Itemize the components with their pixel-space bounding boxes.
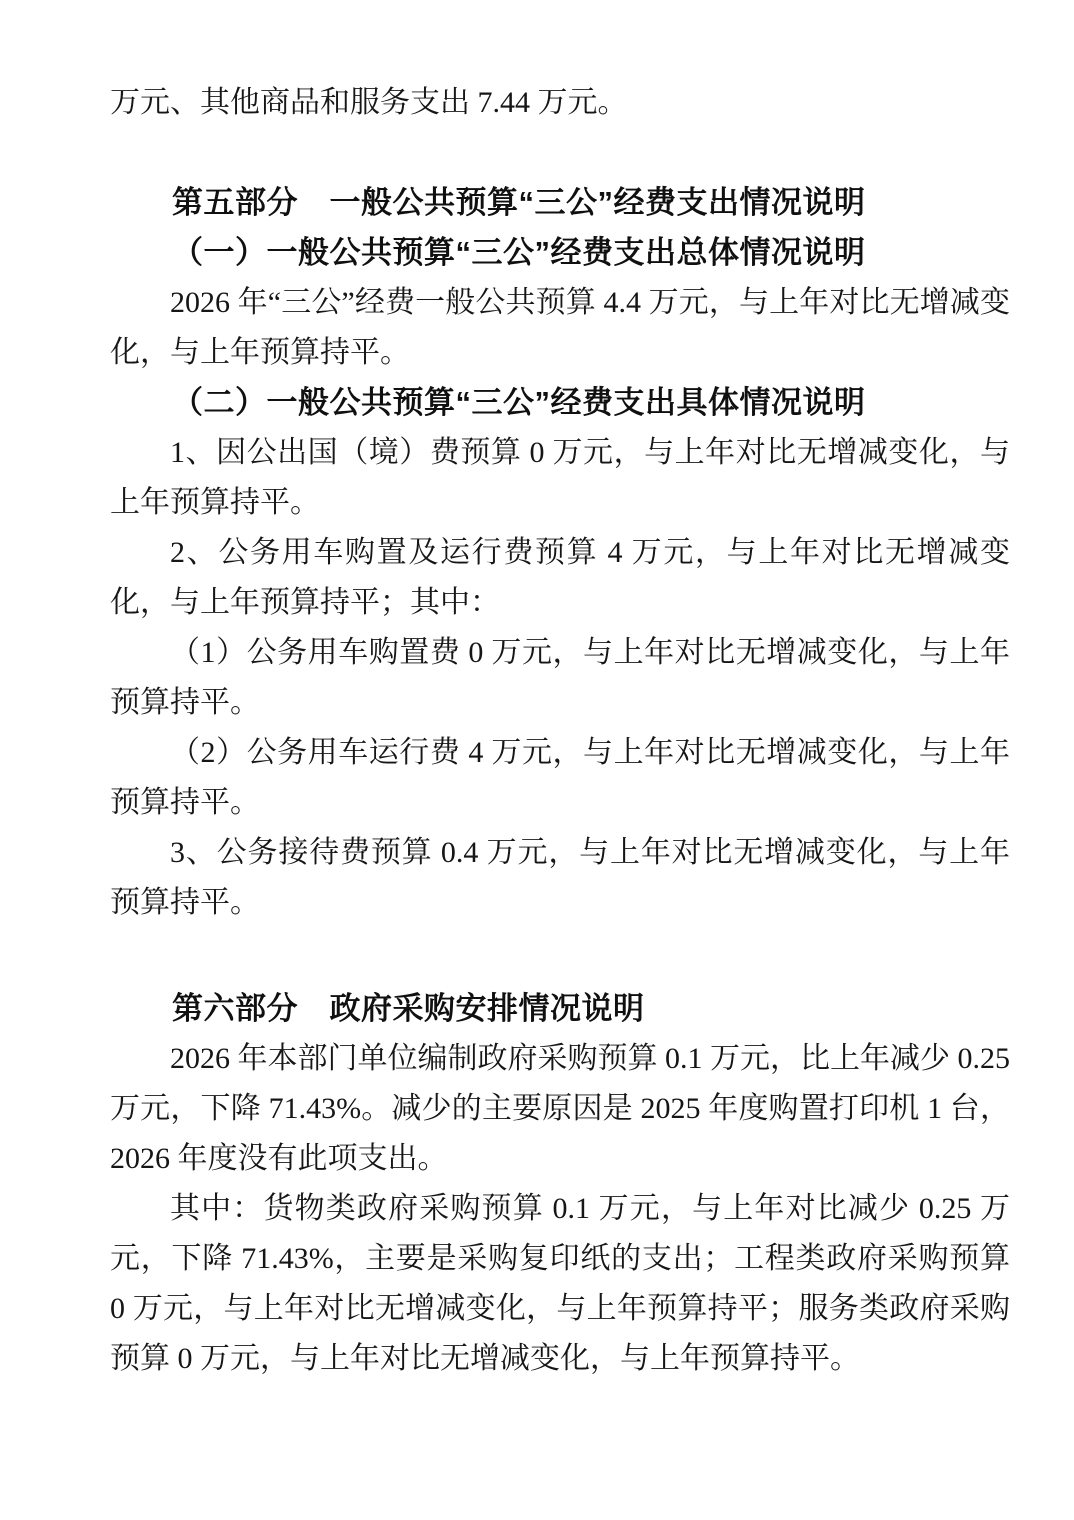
section-five-item-3: 3、公务接待费预算 0.4 万元，与上年对比无增减变化，与上年预算持平。: [110, 828, 1010, 928]
section-five-subsection-one-heading: （一）一般公共预算“三公”经费支出总体情况说明: [110, 228, 1010, 278]
section-five-item-1: 1、因公出国（境）费预算 0 万元，与上年对比无增减变化，与上年预算持平。: [110, 428, 1010, 528]
section-five-subsection-two-heading: （二）一般公共预算“三公”经费支出具体情况说明: [110, 378, 1010, 428]
section-six-heading: 第六部分 政府采购安排情况说明: [110, 984, 1010, 1034]
document-page: 万元、其他商品和服务支出 7.44 万元。 第五部分 一般公共预算“三公”经费支…: [0, 0, 1074, 1520]
section-six-paragraph-1: 2026 年本部门单位编制政府采购预算 0.1 万元，比上年减少 0.25 万元…: [110, 1034, 1010, 1184]
continuation-paragraph: 万元、其他商品和服务支出 7.44 万元。: [110, 78, 1010, 128]
section-five-item-2-sub-2: （2）公务用车运行费 4 万元，与上年对比无增减变化，与上年预算持平。: [110, 728, 1010, 828]
section-six-paragraph-2: 其中：货物类政府采购预算 0.1 万元，与上年对比减少 0.25 万元，下降 7…: [110, 1184, 1010, 1384]
section-five-heading: 第五部分 一般公共预算“三公”经费支出情况说明: [110, 178, 1010, 228]
section-five-subsection-one-paragraph: 2026 年“三公”经费一般公共预算 4.4 万元，与上年对比无增减变化，与上年…: [110, 278, 1010, 378]
section-five-item-2-sub-1: （1）公务用车购置费 0 万元，与上年对比无增减变化，与上年预算持平。: [110, 628, 1010, 728]
section-five-item-2: 2、公务用车购置及运行费预算 4 万元，与上年对比无增减变化，与上年预算持平；其…: [110, 528, 1010, 628]
